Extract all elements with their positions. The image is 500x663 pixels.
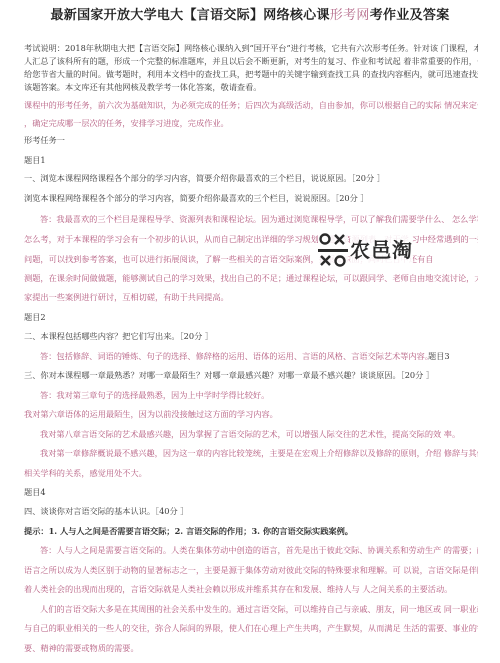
nongyitao-logo-icon	[318, 232, 348, 272]
title-prefix: 最新国家开放大学电大【言语交际】网络核心课	[50, 8, 329, 23]
title-suffix: 考作业及答案	[370, 8, 450, 23]
answer-3-line-5: 相关学科的关系，感觉用处不大。	[24, 467, 478, 479]
answer-4-line-1: 答：人与人之间是需要言语交际的。人类在集体劳动中创造的语言，首先是出于彼此交际、…	[40, 544, 478, 556]
question-restated-1: 浏览本课程网络课程各个部分的学习内容，简要介绍你最喜欢的三个栏目，说说原因。［2…	[24, 192, 478, 204]
intro-line-2: 人汇总了该科所有的题，形成一个完整的标准题库，并且以后会不断更新，对考生的复习、…	[24, 55, 478, 67]
watermark-text: 农邑淘	[350, 234, 413, 263]
answer-2-line-1: 答：包括修辞、词语的锤炼、句子的选择、修辞格的运用、语体的运用、言语的风格、言语…	[40, 350, 440, 362]
question-text-4: 四、谈谈你对言语交际的基本认识。［40分 ］	[24, 505, 478, 517]
question-label-4: 题目4	[24, 486, 478, 498]
answer-1-line-1: 答：我最喜欢的三个栏目是课程导学、资源列表和课程论坛。因为通过浏览课程导学，可以…	[40, 213, 478, 225]
document-page: 最新国家开放大学电大【言语交际】网络核心课形考网考作业及答案 考试说明：2018…	[0, 0, 500, 663]
answer-3-line-3: 我对第八章言语交际的艺术最感兴趣，因为掌握了言语交际的艺术，可以增强人际交往的艺…	[40, 428, 478, 440]
question-text-3: 三、你对本课程哪一章最熟悉？对哪一章最陌生？对哪一章最感兴趣？对哪一章最不感兴趣…	[24, 369, 478, 381]
course-note-line-1: 课程中的形考任务，前六次为基础知识，为必须完成的任务；后四次为高级活动，自由参加…	[24, 99, 478, 111]
question-label-3-inline: 题目3	[428, 350, 450, 362]
question-text-2: 二、本课程包括哪些内容？把它们写出来。［20分 ］	[24, 330, 478, 342]
answer-3-line-1: 答：我对第三章句子的选择最熟悉，因为上中学时学得比较好。	[40, 389, 478, 401]
watermark: 农邑淘	[318, 232, 418, 274]
intro-line-3: 给您节省大量的时间。做考题时，利用本文档中的查找工具，把考题中的关键字输到查找工…	[24, 68, 478, 80]
section-title: 形考任务一	[24, 134, 478, 146]
question-text-1: 一、浏览本课程网络课程各个部分的学习内容，简要介绍你最喜欢的三个栏目，说说原因。…	[24, 172, 478, 184]
answer-4-line-4: 人们的言语交际大多是在其周围的社会关系中发生的。通过言语交际，可以维持自己与亲戚…	[40, 603, 478, 615]
answer-4-line-6: 要、精神的需要或物质的需要。	[24, 642, 478, 654]
answer-4-line-2: 语言之所以成为人类区别于动物的显著标志之一，主要是源于集体劳动对彼此交际的特殊要…	[24, 564, 478, 576]
question-label-2: 题目2	[24, 311, 478, 323]
intro-line-4: 该题答案。本文库还有其他网核及教学考一体化答案，敬请查看。	[24, 81, 478, 93]
question-hint-4: 提示：1. 人与人之间是否需要言语交际；2. 言语交际的作用；3. 你的言语交际…	[24, 525, 478, 537]
document-title: 最新国家开放大学电大【言语交际】网络核心课形考网考作业及答案	[0, 4, 500, 23]
answer-4-line-3: 着人类社会的出现而出现的，言语交际就是人类社会赖以形成并维系其存在和发展、维持人…	[24, 583, 478, 595]
answer-1-line-5: 家提出一些案例进行研讨，互相切磋，有助于共同提高。	[24, 291, 478, 303]
intro-line-1: 考试说明：2018年秋期电大把【言语交际】网络核心课纳入到“国开平台”进行考核，…	[24, 42, 478, 54]
answer-3-line-4: 我对第一章修辞概说最不感兴趣，因为这一章的内容比较笼统，主要是在宏观上介绍修辞以…	[40, 447, 478, 459]
question-label-1: 题目1	[24, 154, 478, 166]
course-note-line-2: ，确定完成哪一层次的任务，安排学习进度，完成作业。	[24, 117, 478, 129]
answer-3-line-2: 我对第六章语体的运用最陌生，因为以前没接触过这方面的学习内容。	[24, 408, 478, 420]
answer-4-line-5: 与自己的职业相关的一些人的交往，弥合人际间的界限，使人们在心理上产生共鸣，产生默…	[24, 622, 478, 634]
title-highlight: 形考网	[330, 8, 370, 23]
